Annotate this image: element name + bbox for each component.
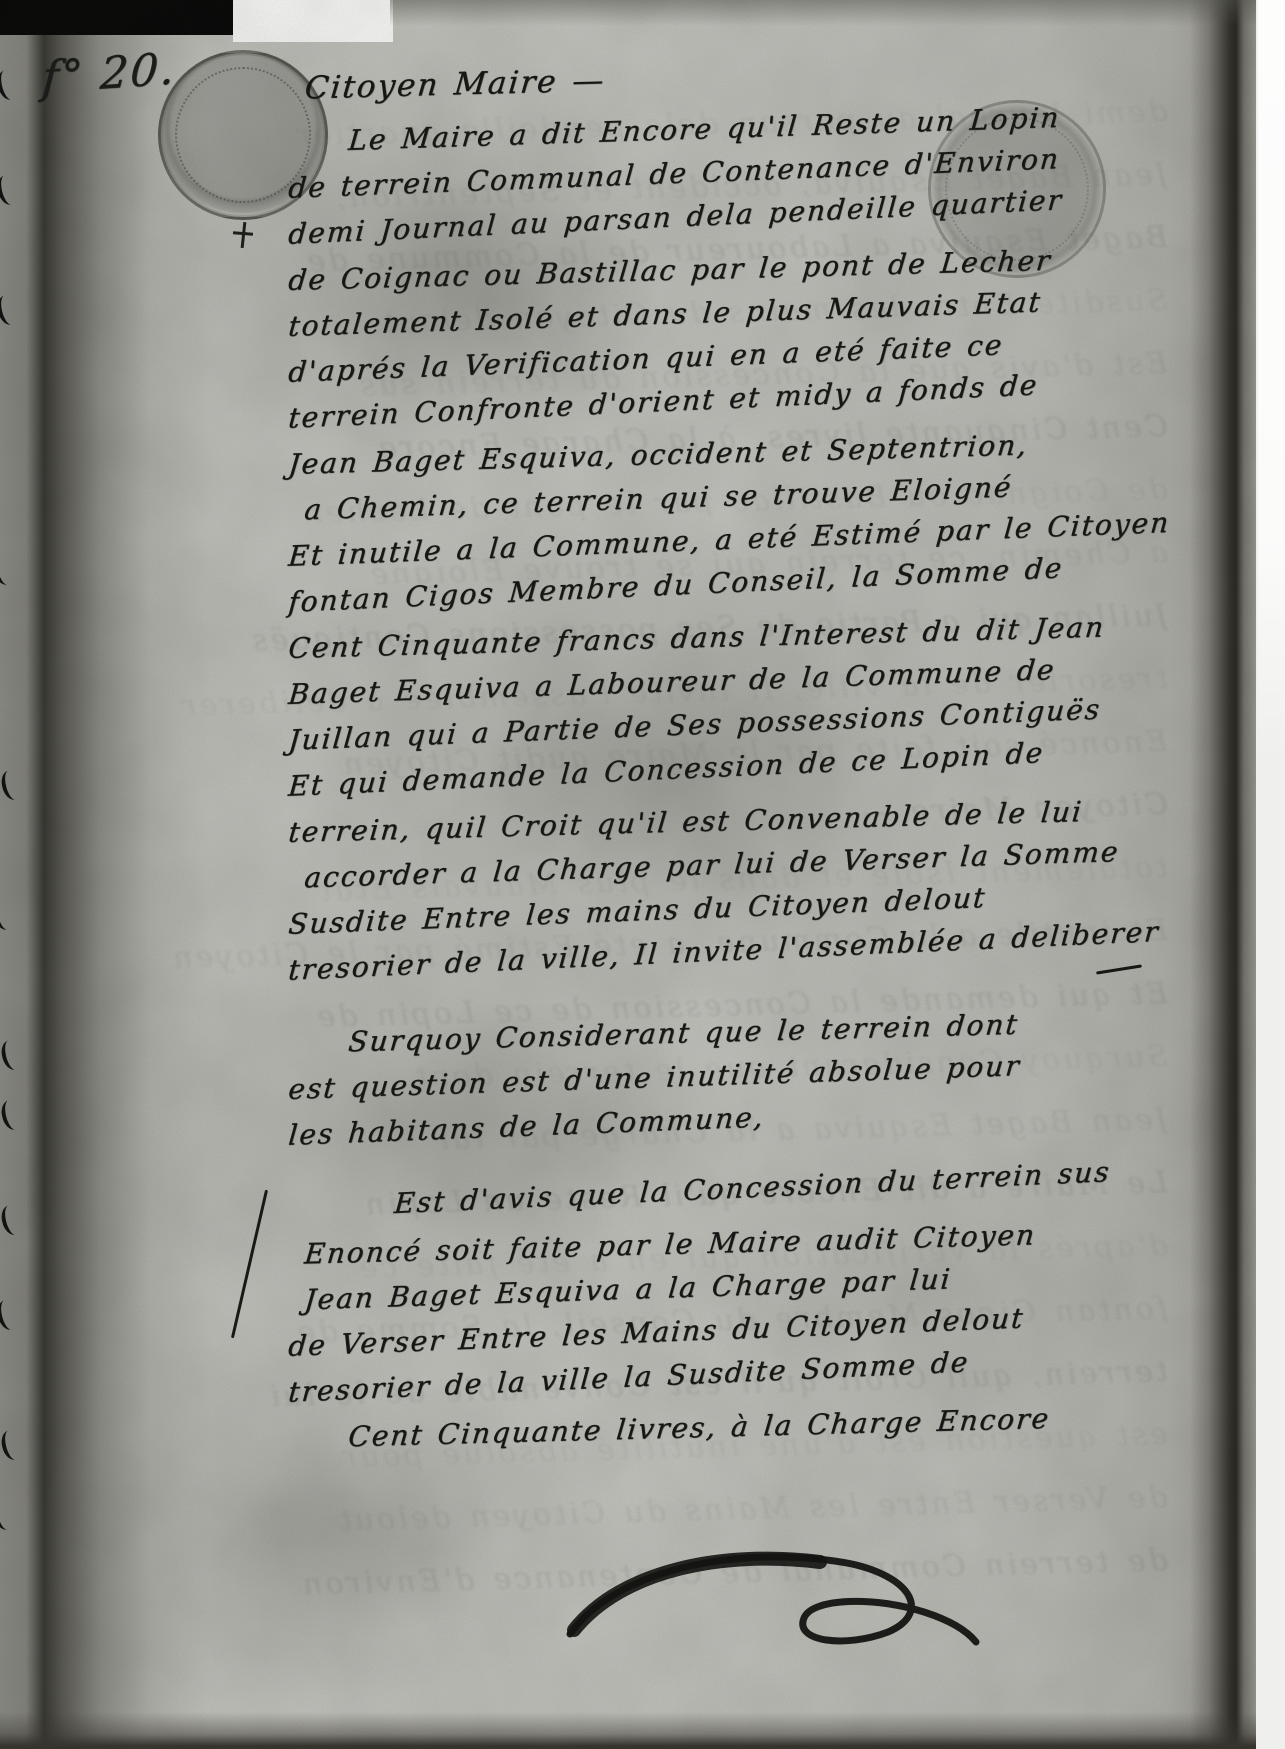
scan-border-top <box>0 0 233 35</box>
closing-flourish-icon <box>552 1536 992 1676</box>
manuscript-scan: demi Journal au parsan dela pendeille qu… <box>0 0 1285 1749</box>
folio-number: f° 20. <box>40 43 178 104</box>
manuscript-text: Citoyen Maire —Le Maire a dit Encore qu'… <box>282 64 1142 1462</box>
page-edge <box>1190 0 1256 1749</box>
page-bottom-shadow <box>0 1712 1256 1749</box>
margin-cross-mark-icon <box>233 222 253 248</box>
page-top-shadow <box>390 0 1256 26</box>
scan-background <box>1258 0 1285 760</box>
scan-border-gap <box>233 0 393 42</box>
